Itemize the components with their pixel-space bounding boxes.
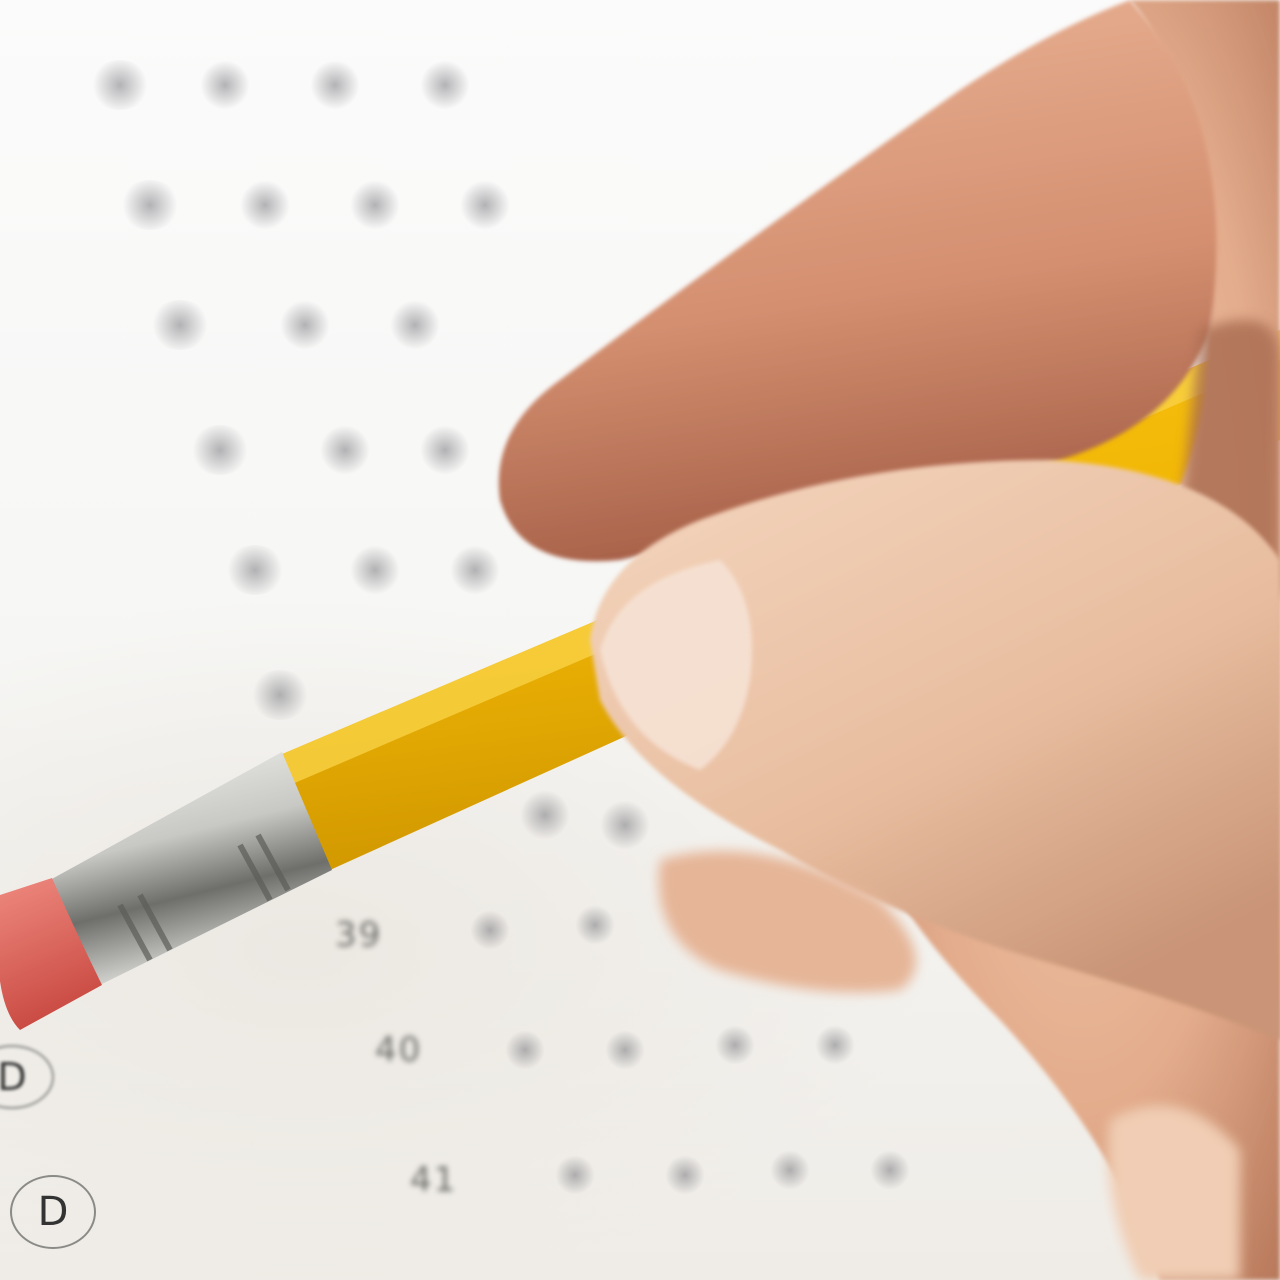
photo-scene: 39 40 41 D D	[0, 0, 1280, 1280]
hand-and-pencil	[0, 0, 1280, 1280]
pencil-ferrule	[50, 752, 332, 985]
hand	[499, 0, 1280, 1280]
